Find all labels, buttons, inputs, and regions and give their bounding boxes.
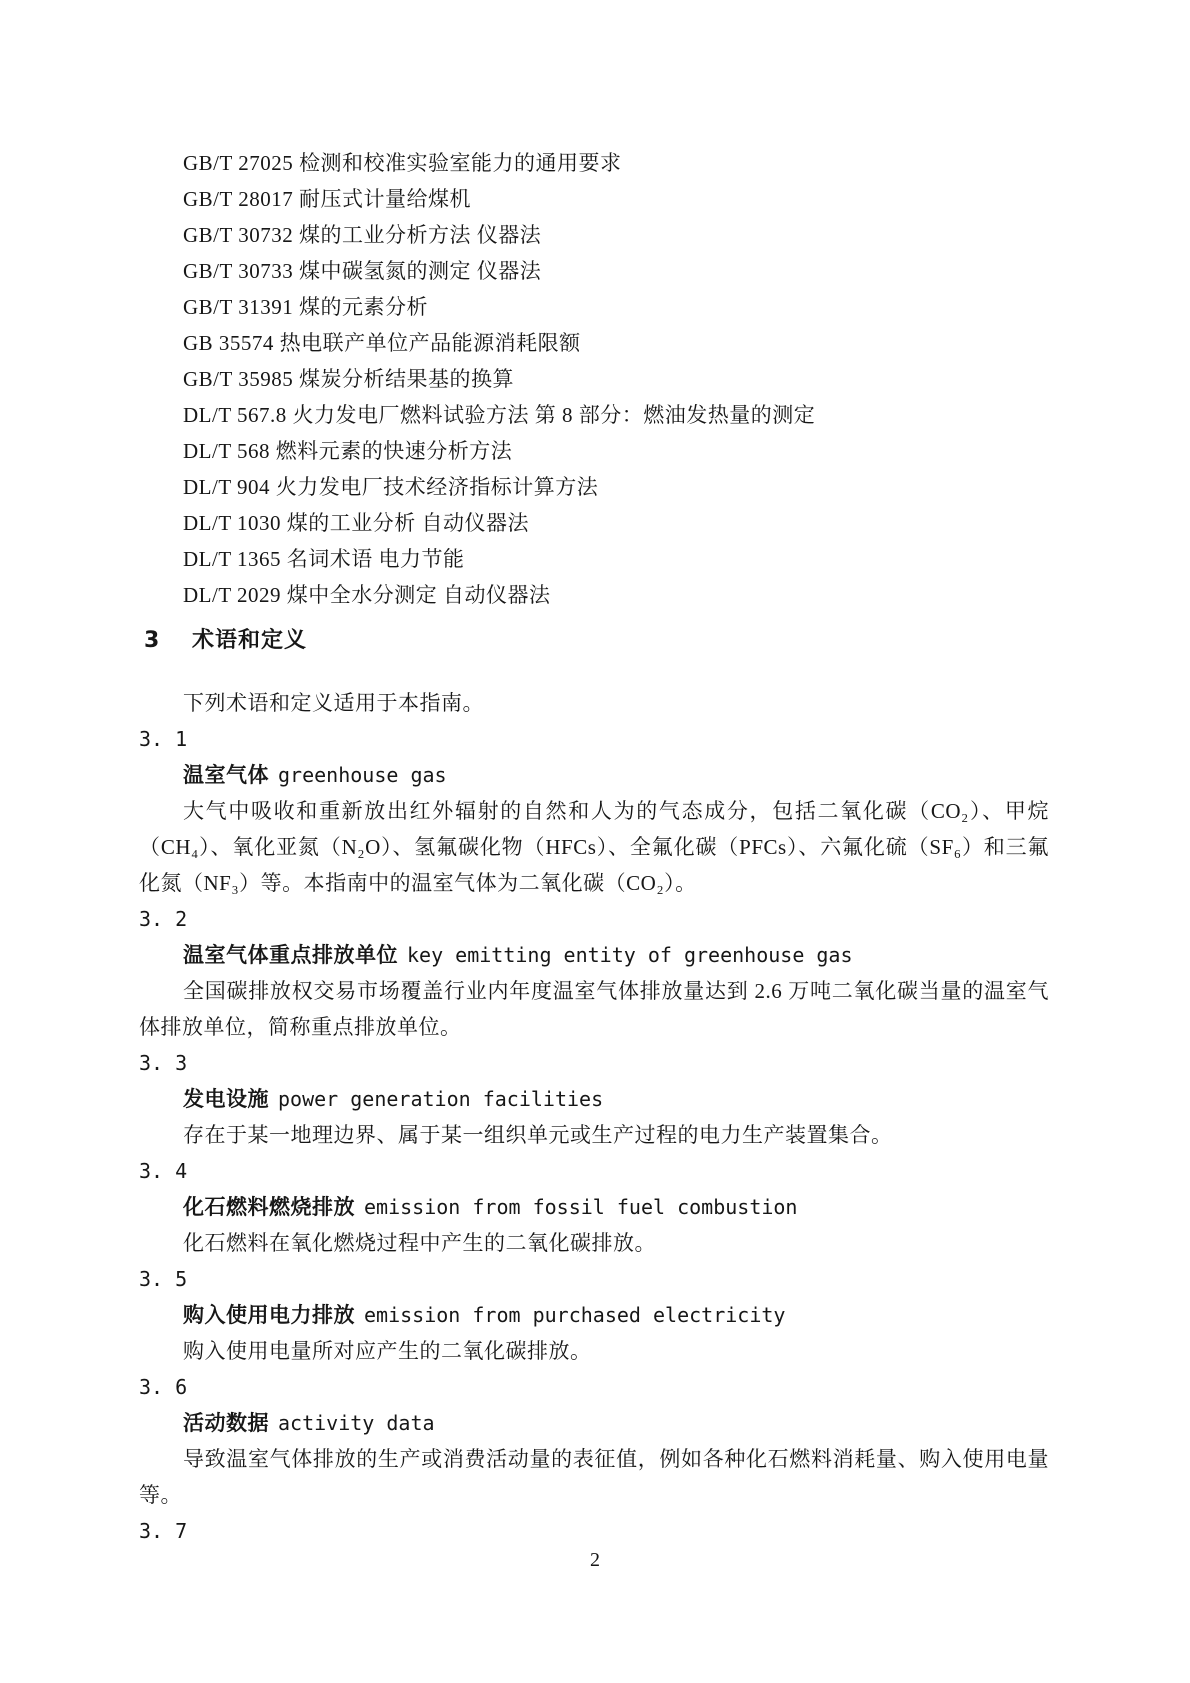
reference-item: GB/T 27025 检测和校准实验室能力的通用要求 xyxy=(139,145,1049,181)
term-name-en: activity data xyxy=(278,1411,435,1435)
term-name: 温室气体重点排放单位key emitting entity of greenho… xyxy=(139,937,1049,973)
reference-item: DL/T 904 火力发电厂技术经济指标计算方法 xyxy=(139,469,1049,505)
term-definition: 导致温室气体排放的生产或消费活动量的表征值，例如各种化石燃料消耗量、购入使用电量… xyxy=(139,1441,1049,1513)
term-name-zh: 化石燃料燃烧排放 xyxy=(183,1195,355,1219)
reference-item: GB/T 30733 煤中碳氢氮的测定 仪器法 xyxy=(139,253,1049,289)
reference-item: GB 35574 热电联产单位产品能源消耗限额 xyxy=(139,325,1049,361)
term-block-3-1: 3. 1 温室气体greenhouse gas 大气中吸收和重新放出红外辐射的自… xyxy=(139,721,1049,901)
term-id: 3. 3 xyxy=(139,1045,1049,1081)
term-definition: 化石燃料在氧化燃烧过程中产生的二氧化碳排放。 xyxy=(139,1225,1049,1261)
term-id: 3. 2 xyxy=(139,901,1049,937)
term-block-3-7: 3. 7 xyxy=(139,1513,1049,1549)
page-footer: 2 xyxy=(0,1547,1190,1573)
term-name-zh: 活动数据 xyxy=(183,1411,269,1435)
term-block-3-4: 3. 4 化石燃料燃烧排放emission from fossil fuel c… xyxy=(139,1153,1049,1261)
term-name-en: key emitting entity of greenhouse gas xyxy=(407,943,853,967)
term-name: 活动数据activity data xyxy=(139,1405,1049,1441)
term-name: 购入使用电力排放emission from purchased electric… xyxy=(139,1297,1049,1333)
term-id: 3. 6 xyxy=(139,1369,1049,1405)
reference-item: GB/T 28017 耐压式计量给煤机 xyxy=(139,181,1049,217)
term-name-en: power generation facilities xyxy=(278,1087,603,1111)
term-definition: 存在于某一地理边界、属于某一组织单元或生产过程的电力生产装置集合。 xyxy=(139,1117,1049,1153)
term-id: 3. 7 xyxy=(139,1513,1049,1549)
document-page: GB/T 27025 检测和校准实验室能力的通用要求 GB/T 28017 耐压… xyxy=(0,0,1190,1683)
term-definition: 大气中吸收和重新放出红外辐射的自然和人为的气态成分，包括二氧化碳（CO₂）、甲烷… xyxy=(139,793,1049,901)
page-number: 2 xyxy=(590,1549,600,1571)
reference-item: DL/T 1030 煤的工业分析 自动仪器法 xyxy=(139,505,1049,541)
term-name: 化石燃料燃烧排放emission from fossil fuel combus… xyxy=(139,1189,1049,1225)
term-block-3-3: 3. 3 发电设施power generation facilities 存在于… xyxy=(139,1045,1049,1153)
reference-item: DL/T 567.8 火力发电厂燃料试验方法 第 8 部分：燃油发热量的测定 xyxy=(139,397,1049,433)
reference-item: DL/T 1365 名词术语 电力节能 xyxy=(139,541,1049,577)
reference-item: DL/T 568 燃料元素的快速分析方法 xyxy=(139,433,1049,469)
term-name-en: emission from purchased electricity xyxy=(364,1303,785,1327)
term-name: 发电设施power generation facilities xyxy=(139,1081,1049,1117)
reference-item: GB/T 30732 煤的工业分析方法 仪器法 xyxy=(139,217,1049,253)
term-id: 3. 1 xyxy=(139,721,1049,757)
reference-item: DL/T 2029 煤中全水分测定 自动仪器法 xyxy=(139,577,1049,613)
term-id: 3. 5 xyxy=(139,1261,1049,1297)
term-id: 3. 4 xyxy=(139,1153,1049,1189)
term-block-3-6: 3. 6 活动数据activity data 导致温室气体排放的生产或消费活动量… xyxy=(139,1369,1049,1513)
term-block-3-2: 3. 2 温室气体重点排放单位key emitting entity of gr… xyxy=(139,901,1049,1045)
term-definition: 购入使用电量所对应产生的二氧化碳排放。 xyxy=(139,1333,1049,1369)
clause-number: 3 xyxy=(144,623,192,659)
term-name-en: emission from fossil fuel combustion xyxy=(364,1195,797,1219)
term-name-zh: 温室气体重点排放单位 xyxy=(183,943,398,967)
term-block-3-5: 3. 5 购入使用电力排放emission from purchased ele… xyxy=(139,1261,1049,1369)
reference-item: GB/T 31391 煤的元素分析 xyxy=(139,289,1049,325)
term-name: 温室气体greenhouse gas xyxy=(139,757,1049,793)
reference-item: GB/T 35985 煤炭分析结果基的换算 xyxy=(139,361,1049,397)
normative-references-list: GB/T 27025 检测和校准实验室能力的通用要求 GB/T 28017 耐压… xyxy=(139,145,1049,613)
clause-heading-terms-and-definitions: 3 术语和定义 xyxy=(139,623,1049,659)
term-name-en: greenhouse gas xyxy=(278,763,447,787)
term-name-zh: 发电设施 xyxy=(183,1087,269,1111)
clause-title: 术语和定义 xyxy=(192,623,307,659)
term-definition: 全国碳排放权交易市场覆盖行业内年度温室气体排放量达到 2.6 万吨二氧化碳当量的… xyxy=(139,973,1049,1045)
term-name-zh: 温室气体 xyxy=(183,763,269,787)
clause-intro: 下列术语和定义适用于本指南。 xyxy=(139,685,1049,721)
term-name-zh: 购入使用电力排放 xyxy=(183,1303,355,1327)
